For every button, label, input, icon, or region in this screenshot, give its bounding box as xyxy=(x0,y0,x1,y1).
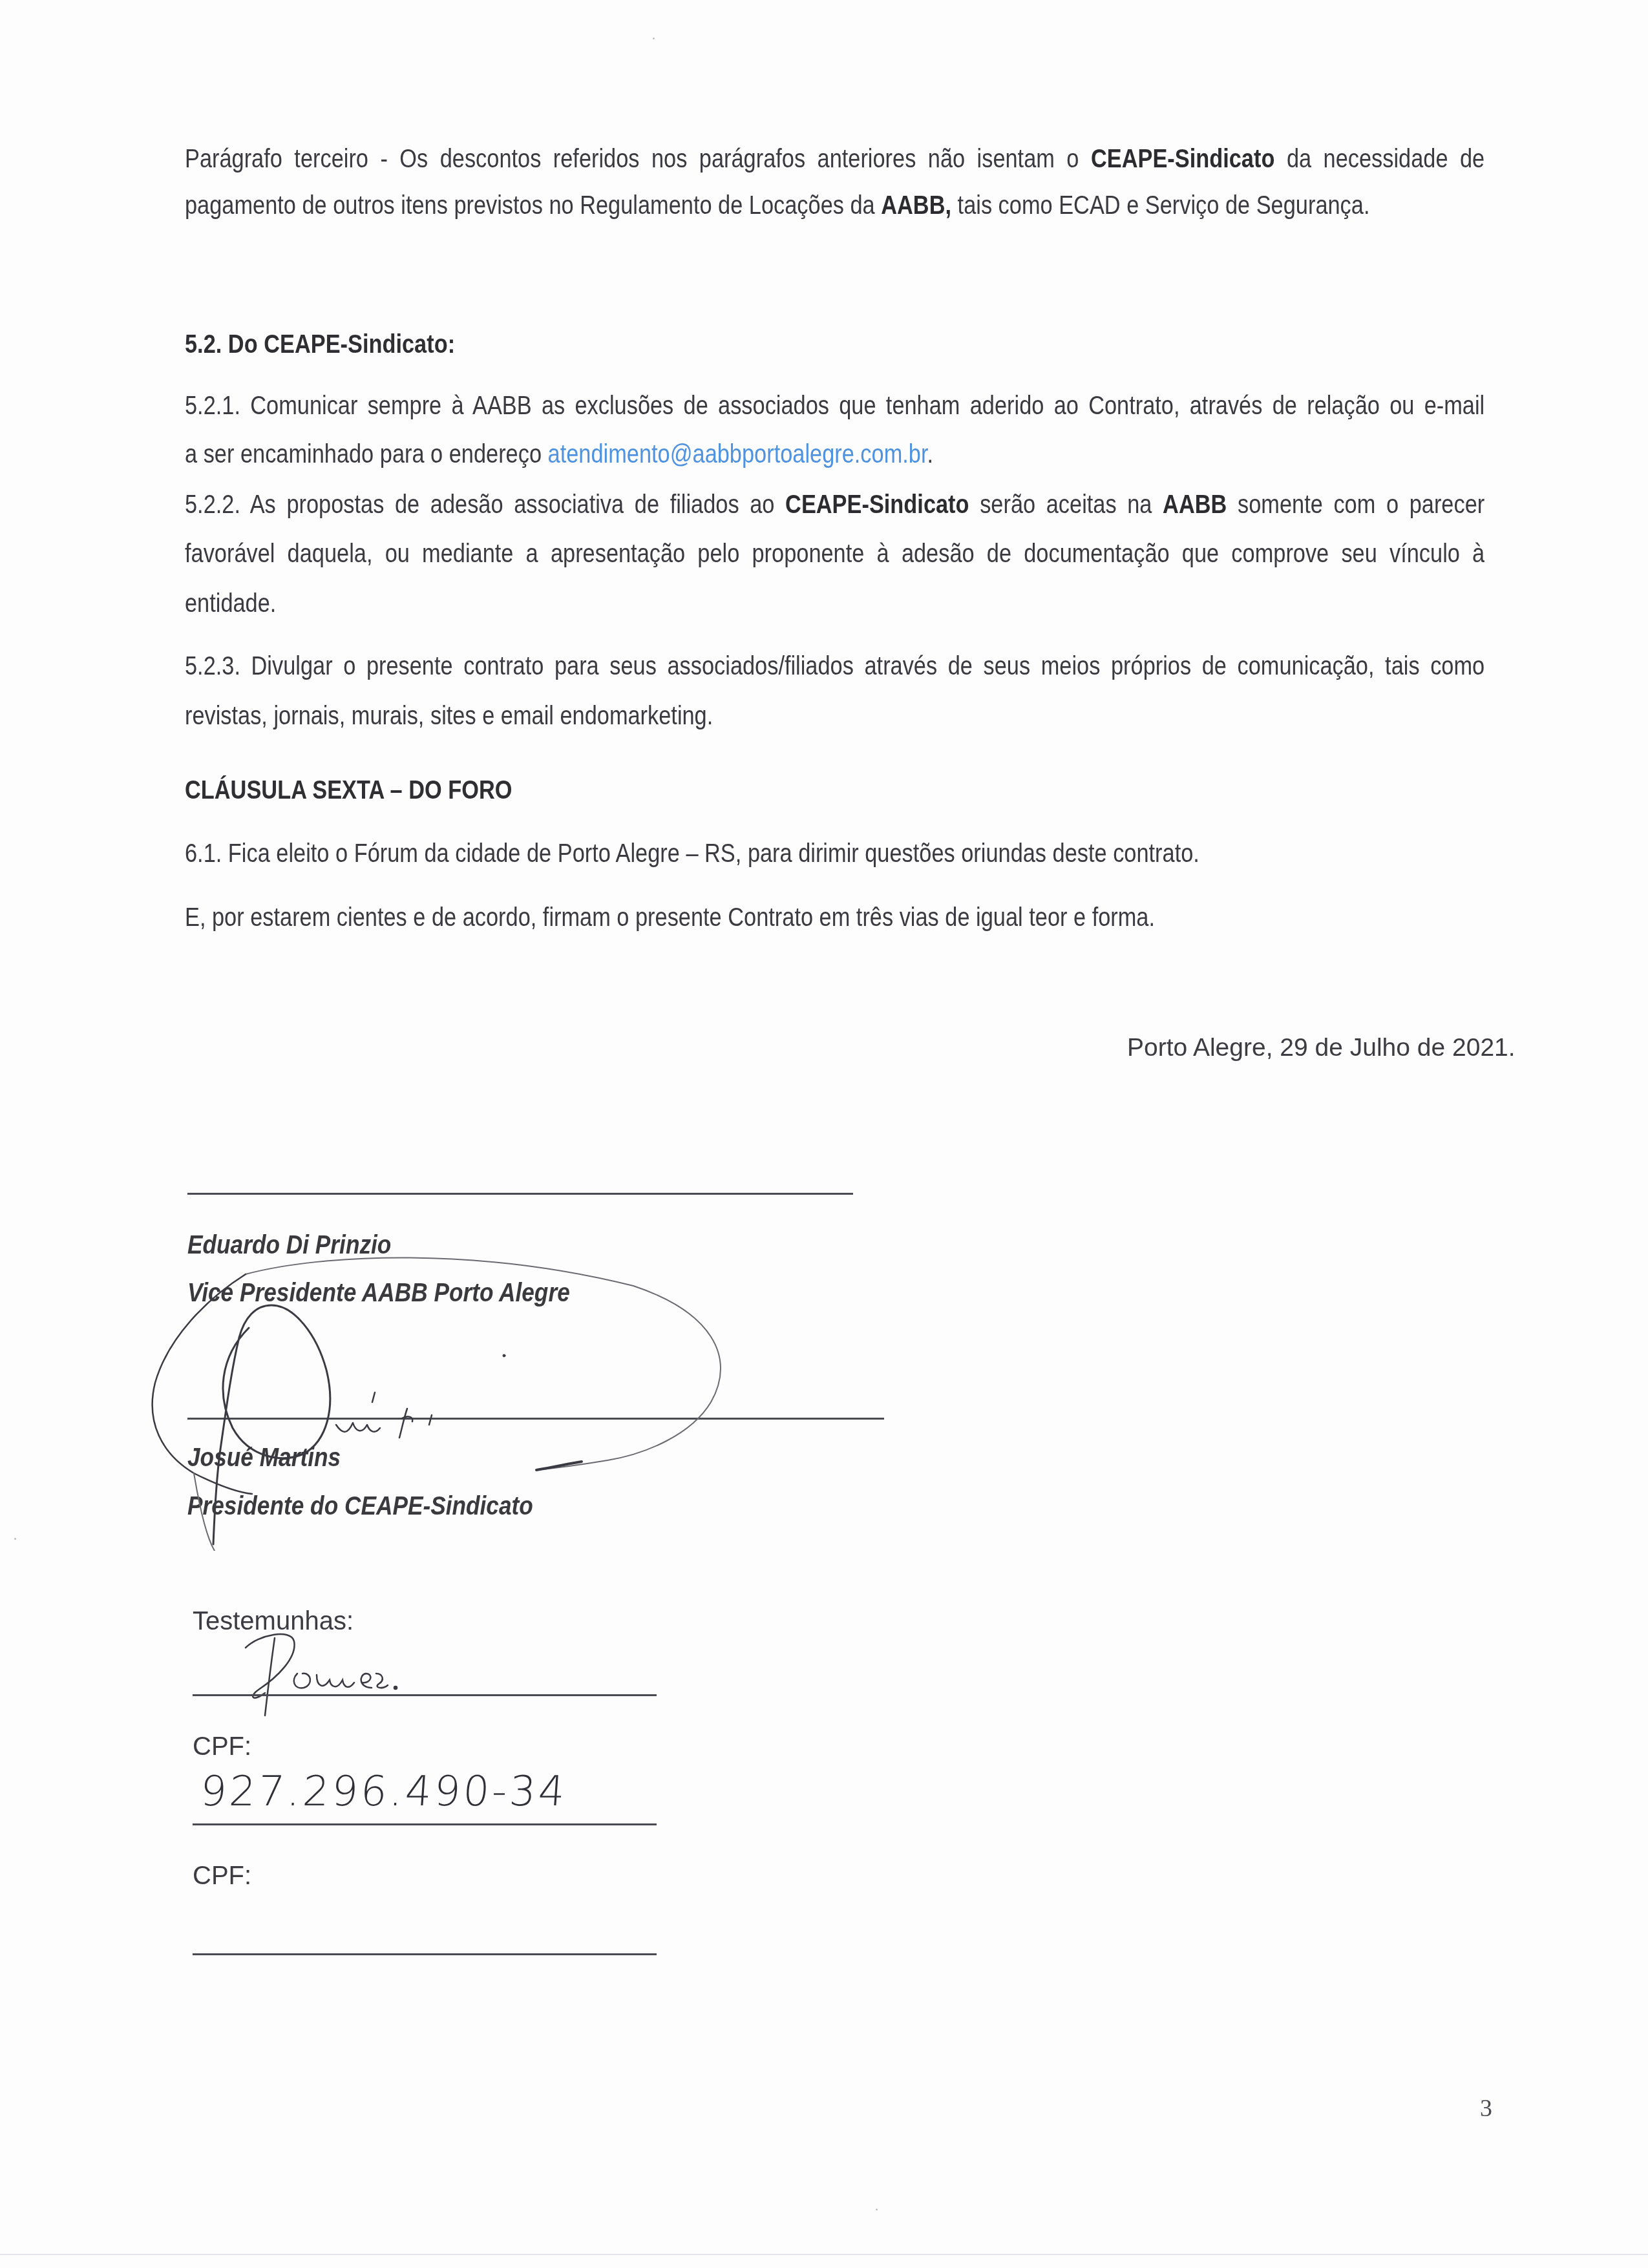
witness-2-cpf-line xyxy=(193,1953,657,1955)
paragraph-third-line-2: pagamento de outros itens previstos no R… xyxy=(185,190,1484,220)
document-page: Parágrafo terceiro - Os descontos referi… xyxy=(0,0,1648,2268)
witness-1-cpf-line xyxy=(193,1823,657,1825)
witness-1-cpf-value: 927.296.490-34 xyxy=(199,1769,569,1814)
item-5-2-2-line-1: 5.2.2. As propostas de adesão associativ… xyxy=(185,489,1484,519)
text: serão aceitas na xyxy=(969,489,1163,519)
bold-text: AABB, xyxy=(881,190,951,220)
closing-statement: E, por estarem cientes e de acordo, firm… xyxy=(185,902,1484,932)
clause-six-heading: CLÁUSULA SEXTA – DO FORO xyxy=(185,775,1484,804)
text: a ser encaminhado para o endereço xyxy=(185,439,548,468)
witness-1-signature-icon xyxy=(233,1628,439,1719)
text: somente com o parecer xyxy=(1227,489,1484,519)
text: tais como ECAD e Serviço de Segurança. xyxy=(951,190,1369,220)
section-heading-5-2: 5.2. Do CEAPE-Sindicato: xyxy=(185,329,1484,359)
item-5-2-2-line-3: entidade. xyxy=(185,588,1484,618)
signature-line-1 xyxy=(187,1193,853,1195)
scan-speck xyxy=(876,2209,878,2210)
email-link[interactable]: atendimento@aabbportoalegre.com.br xyxy=(548,439,927,468)
page-number: 3 xyxy=(1480,2095,1492,2121)
bold-text: CEAPE-Sindicato xyxy=(785,489,969,519)
item-5-2-3-line-1: 5.2.3. Divulgar o presente contrato para… xyxy=(185,651,1484,680)
item-5-2-1-line-1: 5.2.1. Comunicar sempre à AABB as exclus… xyxy=(185,390,1484,420)
paragraph-third-line-1: Parágrafo terceiro - Os descontos referi… xyxy=(185,143,1484,173)
text: 5.2.2. As propostas de adesão associativ… xyxy=(185,489,785,519)
witness-1-signature-line xyxy=(193,1694,657,1696)
place-date: Porto Alegre, 29 de Julho de 2021. xyxy=(1127,1033,1516,1063)
item-5-2-2-line-2: favorável daquela, ou mediante a apresen… xyxy=(185,538,1484,568)
witness-1-cpf-label: CPF: xyxy=(193,1732,251,1761)
scan-edge xyxy=(0,2254,1648,2255)
text: da necessidade de xyxy=(1274,143,1484,173)
bold-text: AABB xyxy=(1163,489,1227,519)
text: pagamento de outros itens previstos no R… xyxy=(185,190,881,220)
item-5-2-1-line-2: a ser encaminhado para o endereço atendi… xyxy=(185,439,1484,468)
bold-text: CEAPE-Sindicato xyxy=(1091,143,1274,173)
scan-speck xyxy=(653,37,655,39)
item-6-1: 6.1. Fica eleito o Fórum da cidade de Po… xyxy=(185,838,1484,868)
witness-2-cpf-label: CPF: xyxy=(193,1861,251,1891)
handwritten-signature-icon xyxy=(142,1241,788,1551)
scan-speck xyxy=(14,1538,16,1540)
text: Parágrafo terceiro - Os descontos referi… xyxy=(185,143,1091,173)
text: . xyxy=(927,439,933,468)
item-5-2-3-line-2: revistas, jornais, murais, sites e email… xyxy=(185,700,1484,730)
